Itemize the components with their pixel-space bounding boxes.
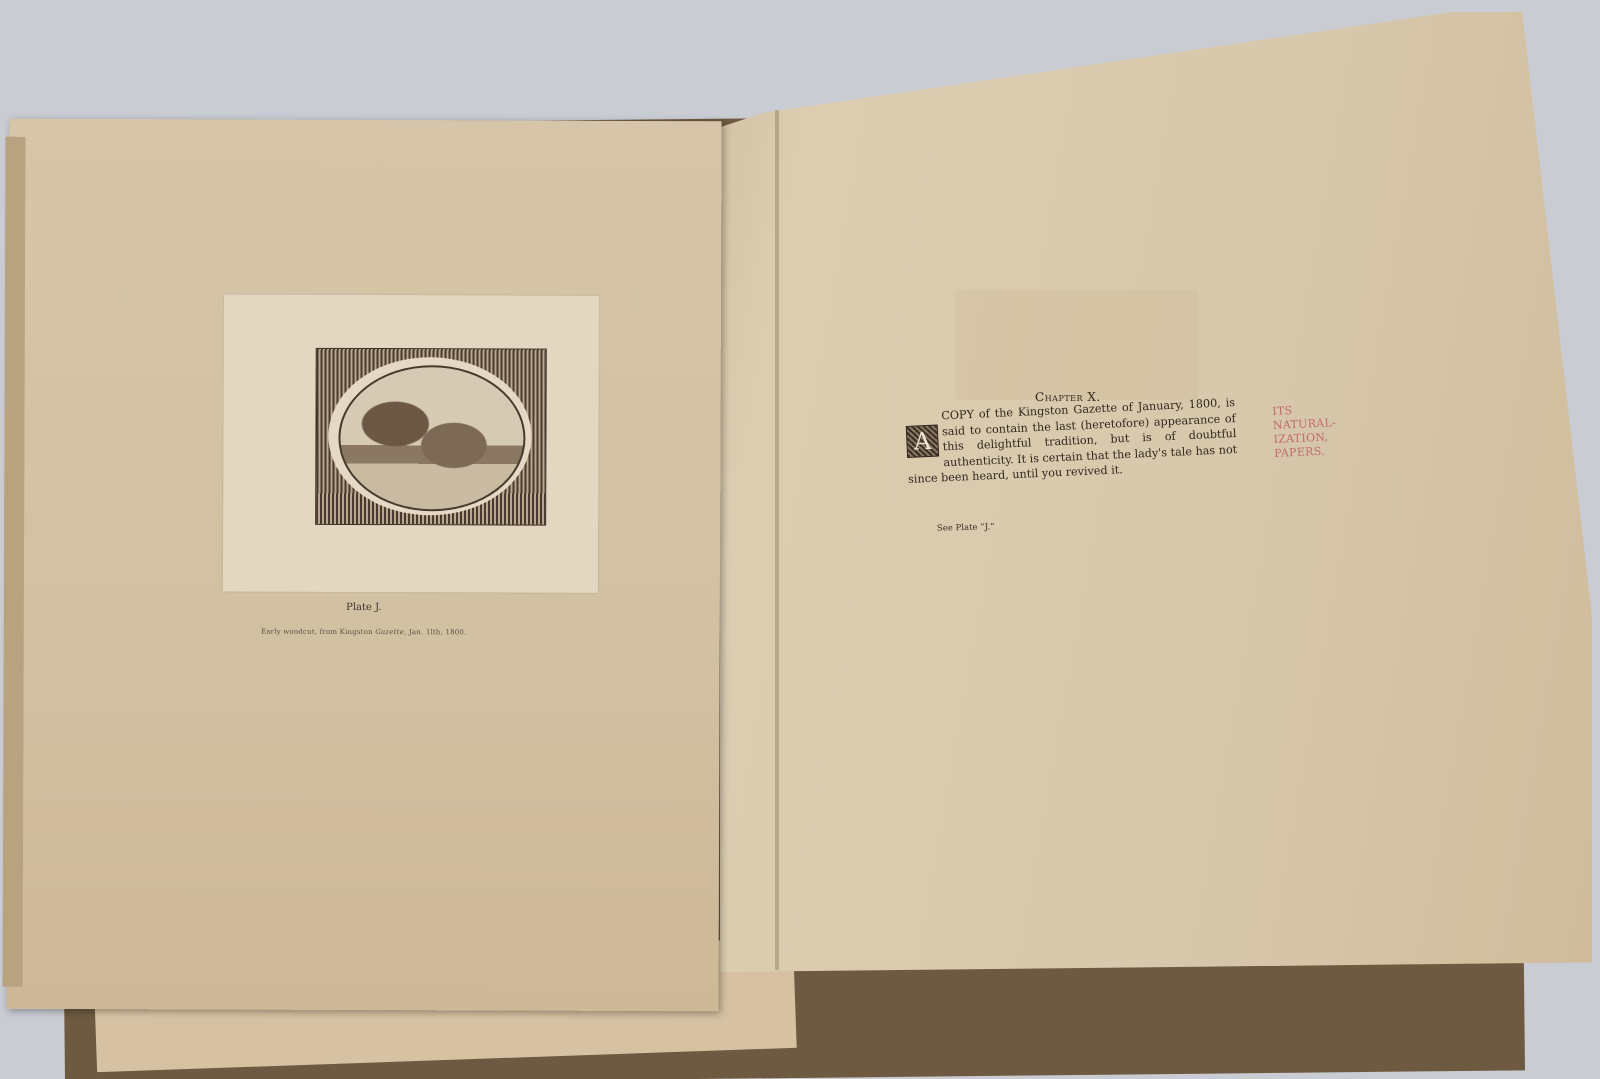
left-page: Plate J. Early woodcut, from Kingston Ga…: [6, 119, 721, 1011]
woodcut-image: [315, 348, 547, 526]
offset-plate-ghost: [955, 290, 1198, 400]
plate-tissue: [223, 295, 599, 593]
margin-note: ITS NATURAL- IZATION, PAPERS.: [1272, 402, 1338, 461]
woodcut-scene: [338, 365, 526, 512]
plate-title: Plate J.: [8, 601, 720, 614]
plate-caption: Early woodcut, from Kingston Gazette, Ja…: [8, 627, 720, 637]
margin-note-line: IZATION,: [1273, 430, 1337, 447]
gutter-fold: [775, 110, 779, 970]
see-plate-note: See Plate “J.”: [937, 522, 995, 534]
chapter-body: A COPY of the Kingston Gazette of Januar…: [905, 395, 1238, 487]
chapter-paragraph: COPY of the Kingston Gazette of January,…: [908, 396, 1238, 486]
right-page: [720, 12, 1592, 972]
margin-note-line: PAPERS.: [1274, 444, 1338, 461]
drop-cap: A: [906, 425, 939, 458]
